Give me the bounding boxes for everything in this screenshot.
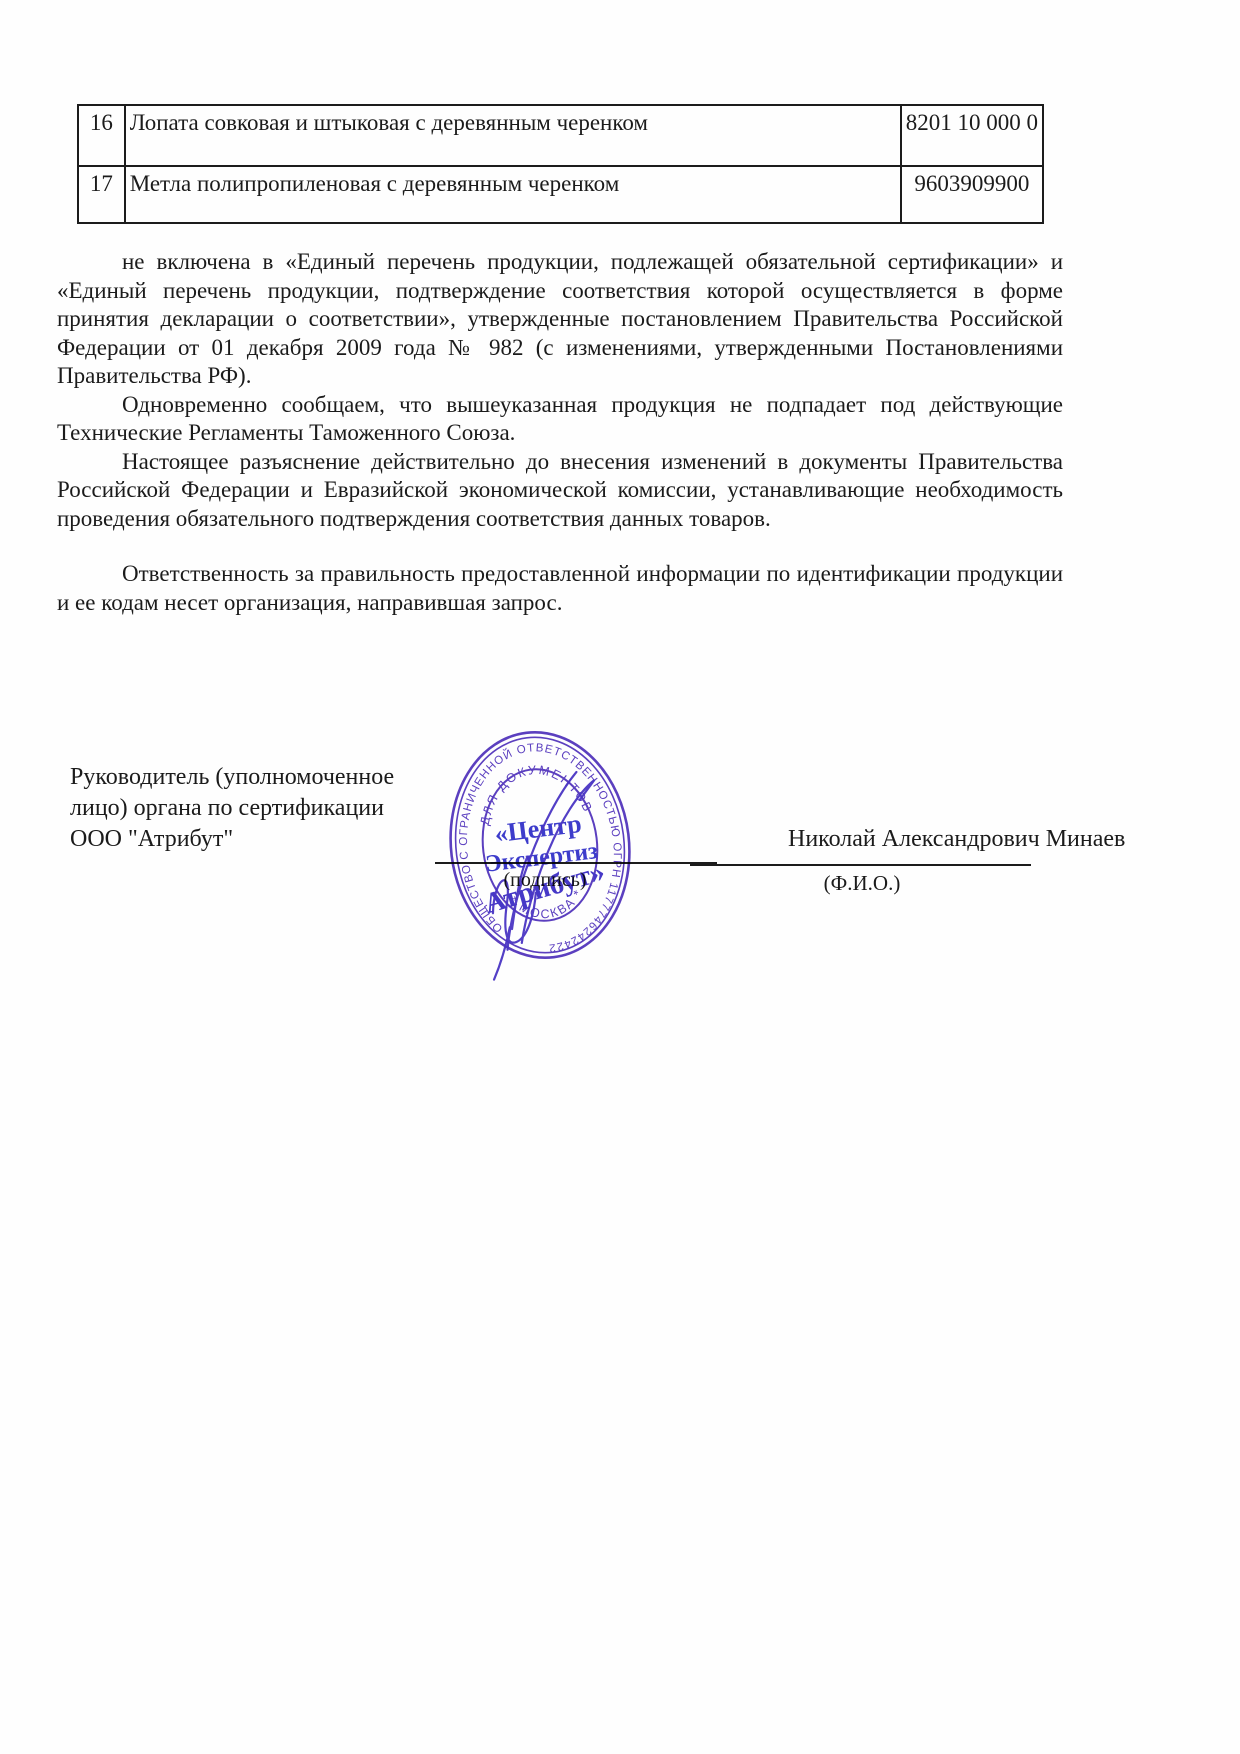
tn-ved-code-cell: 9603909900 xyxy=(901,166,1043,223)
tn-ved-code-cell: 8201 10 000 0 xyxy=(901,105,1043,166)
company-stamp: ОБЩЕСТВО С ОГРАНИЧЕННОЙ ОТВЕТСТВЕННОСТЬЮ… xyxy=(438,720,642,970)
fio-label: (Ф.И.О.) xyxy=(762,871,962,896)
body-paragraph: Ответственность за правильность предоста… xyxy=(57,560,1063,617)
letter-body: не включена в «Единый перечень продукции… xyxy=(57,248,1063,617)
signatory-name: Николай Александрович Минаев xyxy=(788,826,1125,853)
table-row: 16 Лопата совковая и штыковая с деревянн… xyxy=(78,105,1043,166)
document-page: 16 Лопата совковая и штыковая с деревянн… xyxy=(0,0,1240,1754)
signatory-title: Руководитель (уполномоченное лицо) орган… xyxy=(70,762,400,855)
table-row: 17 Метла полипропиленовая с деревянным ч… xyxy=(78,166,1043,223)
body-paragraph: не включена в «Единый перечень продукции… xyxy=(57,248,1063,391)
product-description-cell: Лопата совковая и штыковая с деревянным … xyxy=(125,105,901,166)
body-paragraph: Настоящее разъяснение действительно до в… xyxy=(57,448,1063,534)
product-description-cell: Метла полипропиленовая с деревянным чере… xyxy=(125,166,901,223)
body-paragraph: Одновременно сообщаем, что вышеуказанная… xyxy=(57,391,1063,448)
row-number-cell: 17 xyxy=(78,166,125,223)
fio-line xyxy=(690,864,1031,866)
product-codes-table: 16 Лопата совковая и штыковая с деревянн… xyxy=(77,104,1044,224)
row-number-cell: 16 xyxy=(78,105,125,166)
